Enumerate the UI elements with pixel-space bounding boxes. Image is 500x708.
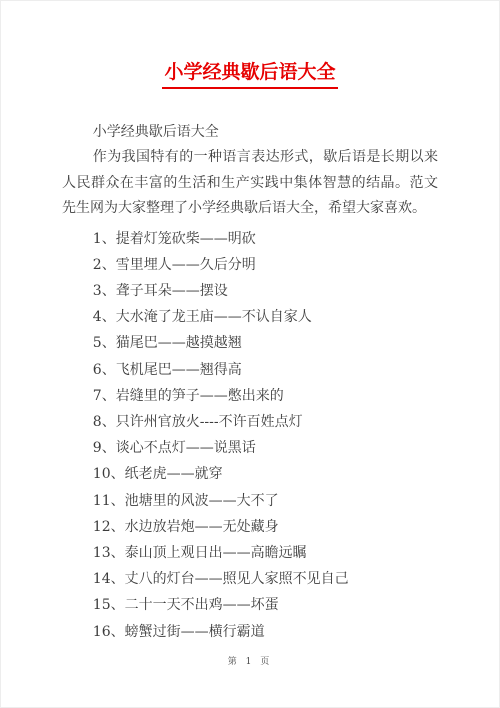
list-item: 12、水边放岩炮——无处藏身 [62,514,438,540]
document-page: 小学经典歇后语大全 小学经典歇后语大全 作为我国特有的一种语言表达形式，歇后语是… [0,0,500,708]
list-item: 14、丈八的灯台——照见人家照不见自己 [62,566,438,592]
list-item: 11、池塘里的风波——大不了 [62,488,438,514]
list-item: 15、二十一天不出鸡——坏蛋 [62,592,438,618]
list-item: 16、螃蟹过街——横行霸道 [62,619,438,645]
list-item: 8、只许州官放火----不许百姓点灯 [62,409,438,435]
document-subtitle: 小学经典歇后语大全 [62,119,438,145]
page-number-footer: 第 1 页 [62,654,438,667]
list-item: 4、大水淹了龙王庙——不认自家人 [62,304,438,330]
list-item: 10、纸老虎——就穿 [62,461,438,487]
list-item: 3、聋子耳朵——摆设 [62,278,438,304]
page-title-text: 小学经典歇后语大全 [162,59,337,89]
list-item: 6、飞机尾巴——翘得高 [62,357,438,383]
list-item: 5、猫尾巴——越摸越翘 [62,330,438,356]
intro-paragraph: 作为我国特有的一种语言表达形式，歇后语是长期以来人民群众在丰富的生活和生产实践中… [62,145,438,222]
list-item: 2、雪里埋人——久后分明 [62,252,438,278]
list-item: 13、泰山顶上观日出——高瞻远瞩 [62,540,438,566]
xiehouyu-list: 1、提着灯笼砍柴——明砍 2、雪里埋人——久后分明 3、聋子耳朵——摆设 4、大… [62,226,438,645]
list-item: 1、提着灯笼砍柴——明砍 [62,226,438,252]
page-title: 小学经典歇后语大全 [62,59,438,89]
list-item: 7、岩缝里的笋子——憋出来的 [62,383,438,409]
list-item: 9、谈心不点灯——说黑话 [62,435,438,461]
